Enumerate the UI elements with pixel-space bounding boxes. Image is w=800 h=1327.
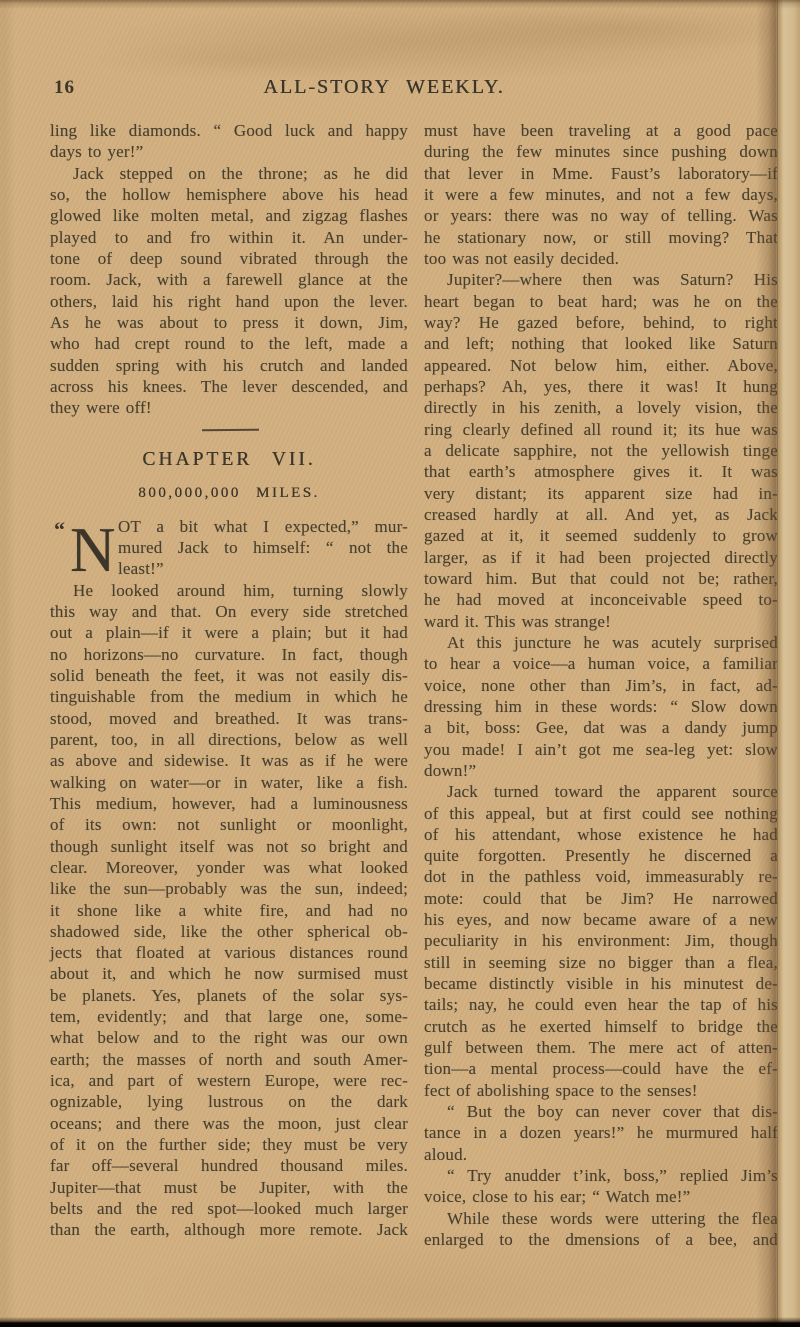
text-line: they were off! bbox=[50, 397, 408, 418]
text-line: earth; the masses of north and south Ame… bbox=[50, 1049, 408, 1070]
text-line: others, laid his right hand upon the lev… bbox=[50, 291, 408, 312]
opening-paragraph: “ N OT a bit what I expected,” mur-mured… bbox=[50, 516, 408, 580]
text-line: solid beneath the feet, it was not easil… bbox=[50, 665, 408, 686]
text-line: crutch as he exerted himself to bridge t… bbox=[424, 1016, 778, 1037]
text-line: sudden spring with his crutch and landed bbox=[50, 355, 408, 376]
text-line: of it on the further side; they must be … bbox=[50, 1134, 408, 1155]
chapter-subtitle: 800,000,000 MILES. bbox=[50, 484, 408, 502]
text-line: Jupiter—that must be Jupiter, with the bbox=[50, 1177, 408, 1198]
opening-quote-mark: “ bbox=[54, 517, 65, 543]
text-line: oceans; and there was the moon, just cle… bbox=[50, 1113, 408, 1134]
text-line: appeared. Not below him, either. Above, bbox=[424, 355, 778, 376]
text-line: of this appeal, but at first could see n… bbox=[424, 803, 778, 824]
right-paragraphs: must have been traveling at a good paced… bbox=[424, 120, 778, 1250]
section-divider bbox=[202, 428, 259, 431]
text-line: “ Try anudder t’ink, boss,” replied Jim’… bbox=[424, 1165, 778, 1186]
text-line: became distinctly visible in his minutes… bbox=[424, 973, 778, 994]
text-line: stood, moved and breathed. It was trans- bbox=[50, 708, 408, 729]
text-line: While these words were uttering the flea bbox=[424, 1208, 778, 1229]
text-line: quite forgotten. Presently he discerned … bbox=[424, 845, 778, 866]
text-line: tem, evidently; and that large one, some… bbox=[50, 1006, 408, 1027]
text-line: and left; nothing that looked like Satur… bbox=[424, 333, 778, 354]
text-line: belts and the red spot—looked much large… bbox=[50, 1198, 408, 1219]
text-line: room. Jack, with a farewell glance at th… bbox=[50, 269, 408, 290]
text-line: way? He gazed before, behind, to right bbox=[424, 312, 778, 333]
text-line: he stationary now, or still moving? That bbox=[424, 227, 778, 248]
text-line: tinguishable from the medium in which he bbox=[50, 686, 408, 707]
text-line: gazed at it, it seemed suddenly to grow bbox=[424, 525, 778, 546]
text-line: ward it. This was strange! bbox=[424, 611, 778, 632]
scan-top-edge bbox=[0, 0, 800, 9]
text-line: this way and that. On every side stretch… bbox=[50, 601, 408, 622]
text-line: as above and sidewise. It was as if he w… bbox=[50, 750, 408, 771]
text-line: it shone like a white fire, and had no bbox=[50, 900, 408, 921]
text-line: “ But the boy can never cover that dis- bbox=[424, 1101, 778, 1122]
text-line: down!” bbox=[424, 760, 778, 781]
text-line: This medium, however, had a luminousness bbox=[50, 793, 408, 814]
text-line: of his attendant, whose existence he had bbox=[424, 824, 778, 845]
text-line: OT a bit what I expected,” mur- bbox=[118, 516, 408, 537]
text-line: dressing him in these words: “ Slow down bbox=[424, 696, 778, 717]
text-line: ring clearly defined all round it; its h… bbox=[424, 419, 778, 440]
running-head: 16 ALL-STORY WEEKLY. bbox=[50, 76, 778, 100]
text-line: clear. Moreover, yonder was what looked bbox=[50, 857, 408, 878]
text-line: days to yer!” bbox=[50, 141, 408, 162]
text-line: At this juncture he was acutely surprise… bbox=[424, 632, 778, 653]
text-line: to hear a voice—a human voice, a familia… bbox=[424, 653, 778, 674]
text-line: walking on water—or in water, like a fis… bbox=[50, 772, 408, 793]
text-line: mured Jack to himself: “ not the bbox=[118, 537, 408, 558]
text-line: that earth’s atmosphere gives it. It was bbox=[424, 461, 778, 482]
text-line: peculiarity in his environment: Jim, tho… bbox=[424, 930, 778, 951]
text-line: who had crept round to the left, made a bbox=[50, 333, 408, 354]
text-line: his eyes, and now became aware of a new bbox=[424, 909, 778, 930]
text-line: ica, and part of western Europe, were re… bbox=[50, 1070, 408, 1091]
text-line: creased hardly at all. And yet, as Jack bbox=[424, 504, 778, 525]
text-line: mote: could that be Jim? He narrowed bbox=[424, 888, 778, 909]
scan-bottom-edge bbox=[0, 1317, 800, 1327]
text-line: tance in a dozen years!” he murmured hal… bbox=[424, 1122, 778, 1143]
text-line: tion—a mental process—could have the ef- bbox=[424, 1058, 778, 1079]
text-line: a bit, boss: Gee, dat was a dandy jump bbox=[424, 717, 778, 738]
text-line: of its own: not sunlight or moonlight, bbox=[50, 814, 408, 835]
text-line: across his knees. The lever descended, a… bbox=[50, 376, 408, 397]
dropcap-letter: N bbox=[70, 519, 116, 582]
text-line: perhaps? Ah, yes, there it was! It hung bbox=[424, 376, 778, 397]
magazine-page-scan: 16 ALL-STORY WEEKLY. ling like diamonds.… bbox=[0, 0, 800, 1327]
text-line: still in seeming size no bigger than a f… bbox=[424, 952, 778, 973]
text-line: like the sun—probably was the sun, indee… bbox=[50, 878, 408, 899]
right-column: must have been traveling at a good paced… bbox=[424, 120, 778, 1250]
text-line: directly in his zenith, a lovely vision,… bbox=[424, 397, 778, 418]
text-line: toward him. But that could not be; rathe… bbox=[424, 568, 778, 589]
text-line: what below and to the right was our own bbox=[50, 1027, 408, 1048]
text-line: ognizable, lying lustrous on the dark bbox=[50, 1091, 408, 1112]
text-line: parent, too, in all directions, below as… bbox=[50, 729, 408, 750]
text-line: larger, as if it had been projected dire… bbox=[424, 547, 778, 568]
text-line: it were a few minutes, and not a few day… bbox=[424, 184, 778, 205]
text-line: least!” bbox=[118, 558, 408, 579]
text-line: far off—several hundred thousand miles. bbox=[50, 1155, 408, 1176]
text-line: tails; nay, he could even hear the tap o… bbox=[424, 994, 778, 1015]
text-line: during the few minutes since pushing dow… bbox=[424, 141, 778, 162]
text-line: voice, none other than Jim’s, in fact, a… bbox=[424, 675, 778, 696]
journal-title: ALL-STORY WEEKLY. bbox=[50, 76, 718, 99]
text-line: too was not easily decided. bbox=[424, 248, 778, 269]
text-line: played to and fro within it. An under- bbox=[50, 227, 408, 248]
adjacent-page-edge bbox=[777, 0, 800, 1327]
body-paragraphs: He looked around him, turning slowlythis… bbox=[50, 580, 408, 1241]
text-line: glowed like molten metal, and zigzag fla… bbox=[50, 205, 408, 226]
text-line: Jack stepped on the throne; as he did bbox=[50, 163, 408, 184]
text-line: or years: there was no way of telling. W… bbox=[424, 205, 778, 226]
text-line: must have been traveling at a good pace bbox=[424, 120, 778, 141]
text-line: As he was about to press it down, Jim, bbox=[50, 312, 408, 333]
text-line: enlarged to the dmensions of a bee, and bbox=[424, 1229, 778, 1250]
text-line: shadowed side, like the other spherical … bbox=[50, 921, 408, 942]
text-line: you made! I ain’t got me sea-leg yet: sl… bbox=[424, 739, 778, 760]
text-line: than the earth, although more remote. Ja… bbox=[50, 1219, 408, 1240]
text-line: that lever in Mme. Faust’s laboratory—if bbox=[424, 163, 778, 184]
text-line: about it, and which he now surmised must bbox=[50, 963, 408, 984]
chapter-title: CHAPTER VII. bbox=[50, 449, 408, 471]
text-line: ling like diamonds. “ Good luck and happ… bbox=[50, 120, 408, 141]
text-line: though sunlight itself was not so bright… bbox=[50, 836, 408, 857]
text-line: a delicate sapphire, not the yellowish t… bbox=[424, 440, 778, 461]
text-line: voice, close to his ear; “ Watch me!” bbox=[424, 1186, 778, 1207]
text-line: out a plain—if it were a plain; but it h… bbox=[50, 622, 408, 643]
text-line: tone of deep sound vibrated through the bbox=[50, 248, 408, 269]
text-line: fect of abolishing space to the senses! bbox=[424, 1080, 778, 1101]
text-line: be planets. Yes, planets of the solar sy… bbox=[50, 985, 408, 1006]
text-line: Jupiter?—where then was Saturn? His bbox=[424, 269, 778, 290]
text-line: very distant; its apparent size had in- bbox=[424, 483, 778, 504]
left-column: ling like diamonds. “ Good luck and happ… bbox=[50, 120, 408, 1241]
text-line: jects that floated at various distances … bbox=[50, 942, 408, 963]
text-line: so, the hollow hemisphere above his head bbox=[50, 184, 408, 205]
text-line: he had moved at inconceivable speed to- bbox=[424, 589, 778, 610]
text-line: aloud. bbox=[424, 1144, 778, 1165]
text-line: no horizons—no curvature. In fact, thoug… bbox=[50, 644, 408, 665]
text-line: Jack turned toward the apparent source bbox=[424, 781, 778, 802]
text-line: heart began to beat hard; was he on the bbox=[424, 291, 778, 312]
text-line: gulf between them. The mere act of atten… bbox=[424, 1037, 778, 1058]
intro-paragraphs: ling like diamonds. “ Good luck and happ… bbox=[50, 120, 408, 419]
text-line: dot in the pathless void, immeasurably r… bbox=[424, 866, 778, 887]
